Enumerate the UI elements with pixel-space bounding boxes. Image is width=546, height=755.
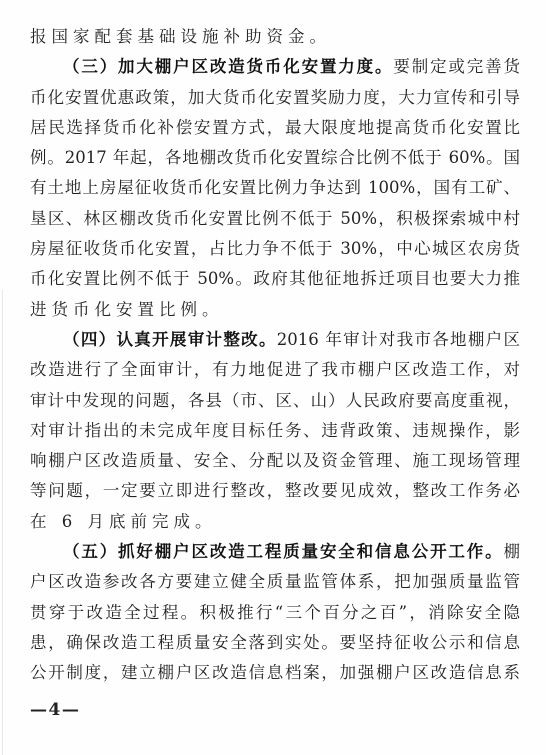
text-line: 币化安置比例不低于 50%。政府其他征地拆迁项目也要大力推 <box>30 264 520 294</box>
text-segment: 要制定或完善货 <box>393 57 520 76</box>
text-segment: 垦区、林区棚改货币化安置比例不低于 50%，积极探索城中村 <box>30 209 520 228</box>
text-line: （三）加大棚户区改造货币化安置力度。要制定或完善货 <box>30 52 520 82</box>
text-line: 响棚户区改造质量、安全、分配以及资金管理、施工现场管理 <box>30 446 520 476</box>
text-line: 改造进行了全面审计，有力地促进了我市棚户区改造工作，对 <box>30 355 520 385</box>
document-page: 报国家配套基础设施补助资金。（三）加大棚户区改造货币化安置力度。要制定或完善货币… <box>0 0 546 755</box>
text-segment: 审计中发现的问题，各县（市、区、山）人民政府要高度重视， <box>30 391 520 410</box>
text-line: 患，确保改造工程质量安全落到实处。要坚持征收公示和信息 <box>30 628 520 658</box>
text-line: 审计中发现的问题，各县（市、区、山）人民政府要高度重视， <box>30 386 520 416</box>
text-segment: 有土地上房屋征收货币化安置比例力争达到 100%，国有工矿、 <box>30 178 520 197</box>
text-line: 例。2017 年起，各地棚改货币化安置综合比例不低于 60%。国 <box>30 143 520 173</box>
text-segment: 患，确保改造工程质量安全落到实处。要坚持征收公示和信息 <box>30 633 520 652</box>
text-segment: 公开制度，建立棚户区改造信息档案，加强棚户区改造信息系 <box>30 663 520 682</box>
heading-segment: （四）认真开展审计整改。 <box>63 330 277 349</box>
text-segment: 居民选择货币化补偿安置方式，最大限度地提高货币化安置比 <box>30 118 520 137</box>
text-segment: 例。2017 年起，各地棚改货币化安置综合比例不低于 60%。国 <box>30 148 520 167</box>
text-segment: 在 6 月底前完成。 <box>30 512 217 531</box>
heading-segment: （五）抓好棚户区改造工程质量安全和信息公开工作。 <box>63 542 504 561</box>
text-segment: 等问题，一定要立即进行整改，整改要见成效，整改工作务必 <box>30 481 520 500</box>
text-segment: 2016 年审计对我市各地棚户区 <box>277 330 520 349</box>
text-line: 报国家配套基础设施补助资金。 <box>30 22 520 52</box>
document-body: 报国家配套基础设施补助资金。（三）加大棚户区改造货币化安置力度。要制定或完善货币… <box>30 22 520 689</box>
text-line: 在 6 月底前完成。 <box>30 507 520 537</box>
text-line: 进货币化安置比例。 <box>30 295 520 325</box>
text-line: 有土地上房屋征收货币化安置比例力争达到 100%，国有工矿、 <box>30 173 520 203</box>
text-line: 房屋征收货币化安置，占比力争不低于 30%，中心城区农房货 <box>30 234 520 264</box>
text-line: 公开制度，建立棚户区改造信息档案，加强棚户区改造信息系 <box>30 658 520 688</box>
text-segment: 户区改造参改各方要建立健全质量监管体系，把加强质量监管 <box>30 572 520 591</box>
text-line: 居民选择货币化补偿安置方式，最大限度地提高货币化安置比 <box>30 113 520 143</box>
heading-segment: （三）加大棚户区改造货币化安置力度。 <box>63 57 393 76</box>
text-line: 等问题，一定要立即进行整改，整改要见成效，整改工作务必 <box>30 476 520 506</box>
text-line: 贯穿于改造全过程。积极推行“三个百分之百”，消除安全隐 <box>30 598 520 628</box>
text-segment: 房屋征收货币化安置，占比力争不低于 30%，中心城区农房货 <box>30 239 520 258</box>
text-segment: 对审计指出的未完成年度目标任务、违背政策、违规操作，影 <box>30 421 520 440</box>
text-segment: 响棚户区改造质量、安全、分配以及资金管理、施工现场管理 <box>30 451 520 470</box>
text-segment: 改造进行了全面审计，有力地促进了我市棚户区改造工作，对 <box>30 360 520 379</box>
text-line: 币化安置优惠政策，加大货币化安置奖励力度，大力宣传和引导 <box>30 83 520 113</box>
text-segment: 报国家配套基础设施补助资金。 <box>30 27 331 46</box>
text-segment: 币化安置比例不低于 50%。政府其他征地拆迁项目也要大力推 <box>30 269 520 288</box>
text-segment: 贯穿于改造全过程。积极推行“三个百分之百”，消除安全隐 <box>30 603 520 622</box>
text-line: （四）认真开展审计整改。2016 年审计对我市各地棚户区 <box>30 325 520 355</box>
page-number: —4— <box>30 700 80 720</box>
text-line: 对审计指出的未完成年度目标任务、违背政策、违规操作，影 <box>30 416 520 446</box>
text-segment: 币化安置优惠政策，加大货币化安置奖励力度，大力宣传和引导 <box>30 88 520 107</box>
text-line: （五）抓好棚户区改造工程质量安全和信息公开工作。棚 <box>30 537 520 567</box>
text-segment: 棚 <box>504 542 521 561</box>
text-line: 户区改造参改各方要建立健全质量监管体系，把加强质量监管 <box>30 567 520 597</box>
text-line: 垦区、林区棚改货币化安置比例不低于 50%，积极探索城中村 <box>30 204 520 234</box>
scan-edge-artifact <box>2 290 3 755</box>
text-segment: 进货币化安置比例。 <box>30 300 224 319</box>
